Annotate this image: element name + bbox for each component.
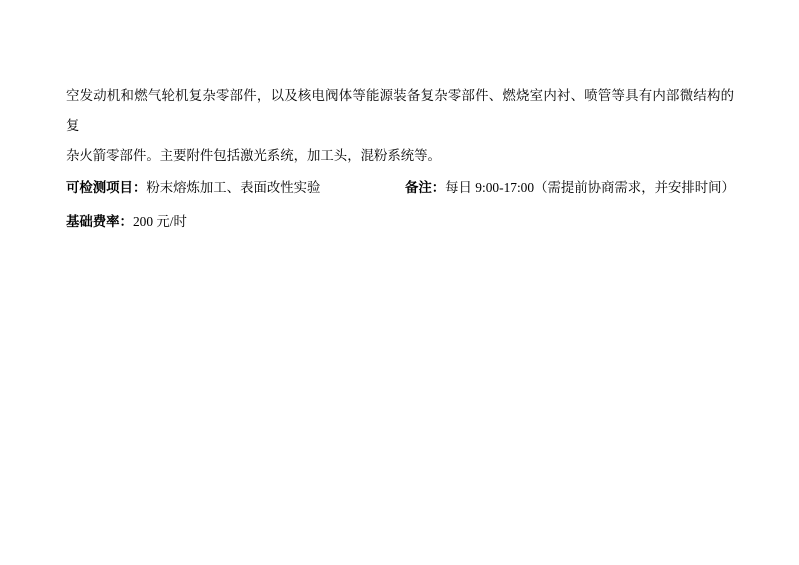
base-rate-row: 基础费率：200 元/时 bbox=[66, 205, 734, 239]
detectable-items-value: 粉末熔炼加工、表面改性实验 bbox=[146, 180, 320, 195]
paragraph-line-2: 杂火箭零部件。主要附件包括激光系统，加工头，混粉系统等。 bbox=[66, 141, 734, 171]
base-rate-field: 基础费率：200 元/时 bbox=[66, 214, 187, 229]
detectable-items-label: 可检测项目： bbox=[66, 180, 146, 195]
detectable-items-field: 可检测项目：粉末熔炼加工、表面改性实验 bbox=[66, 180, 320, 195]
detectable-items-row: 可检测项目：粉末熔炼加工、表面改性实验 备注：每日 9:00-17:00（需提前… bbox=[66, 171, 734, 205]
document-page: 空发动机和燃气轮机复杂零部件，以及核电阀体等能源装备复杂零部件、燃烧室内衬、喷管… bbox=[0, 0, 799, 565]
remark-field: 备注：每日 9:00-17:00（需提前协商需求，并安排时间） bbox=[405, 171, 735, 205]
remark-label: 备注： bbox=[405, 180, 445, 195]
base-rate-label: 基础费率： bbox=[66, 214, 133, 229]
base-rate-value: 200 元/时 bbox=[133, 214, 187, 229]
document-content: 空发动机和燃气轮机复杂零部件，以及核电阀体等能源装备复杂零部件、燃烧室内衬、喷管… bbox=[66, 81, 734, 239]
paragraph-line-1: 空发动机和燃气轮机复杂零部件，以及核电阀体等能源装备复杂零部件、燃烧室内衬、喷管… bbox=[66, 81, 734, 141]
remark-value: 每日 9:00-17:00（需提前协商需求，并安排时间） bbox=[445, 180, 735, 195]
body-paragraph: 空发动机和燃气轮机复杂零部件，以及核电阀体等能源装备复杂零部件、燃烧室内衬、喷管… bbox=[66, 81, 734, 171]
